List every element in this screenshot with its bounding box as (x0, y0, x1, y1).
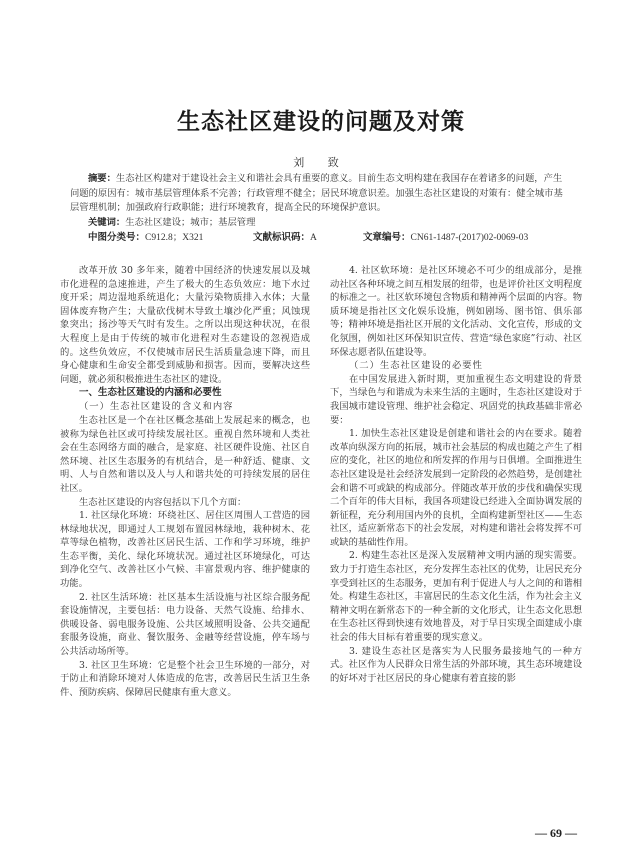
keywords: 关键词：生态社区建设；城市；基层管理 (70, 216, 570, 231)
doc-code-label: 文献标识码： (253, 232, 310, 243)
paragraph: 在中国发展进入新时期，更加重视生态文明建设的背景下，当绿色与和谐成为未来生活的主… (330, 373, 582, 427)
paragraph: 生态社区是一个在社区概念基础上发展起来的概念，也被称为绿色社区或可持续发展社区。… (60, 414, 310, 496)
subsection-heading-1: （一）生态社区建设的含义和内容 (60, 400, 310, 414)
clc-label: 中图分类号： (88, 232, 145, 243)
list-item-spiritual-civilization: 2. 构建生态社区是深入发展精神文明内涵的现实需要。致力于打造生态社区，充分发挥… (330, 549, 582, 644)
article-no-label: 文章编号： (363, 232, 411, 243)
keywords-label: 关键词： (88, 217, 125, 228)
right-column: 4. 社区软环境：是社区环境必不可少的组成部分，是推动社区各种环境之间互相发展的… (330, 264, 582, 685)
document-code: 文献标识码：A (253, 231, 363, 246)
abstract-text: 生态社区构建对于建设社会主义和谐社会具有重要的意义。目前生态文明构建在我国存在着… (70, 173, 563, 213)
article-no-value: CN61-1487-(2017)02-0069-03 (411, 233, 529, 243)
abstract: 摘要：生态社区构建对于建设社会主义和谐社会具有重要的意义。目前生态文明构建在我国… (70, 172, 570, 216)
subsection-heading-2: （二）生态社区建设的必要性 (330, 359, 582, 373)
list-item-green-environment: 1. 社区绿化环境：环绕社区、居住区周围人工营造的园林绿地状况，即通过人工规划布… (60, 509, 310, 591)
list-item-serve-people: 3. 建设生态社区是落实为人民服务最接地气的一种方式。社区作为人民群众日常生活的… (330, 645, 582, 686)
intro-paragraph: 改革开放 30 多年来，随着中国经济的快速发展以及城市化进程的急速推进，产生了极… (60, 264, 310, 386)
left-column: 改革开放 30 多年来，随着中国经济的快速发展以及城市化进程的急速推进，产生了极… (60, 264, 310, 699)
abstract-label: 摘要： (88, 173, 116, 184)
paragraph: 生态社区建设的内容包括以下几个方面： (60, 496, 310, 510)
doc-code-value: A (310, 233, 317, 243)
page-number: — 69 — (535, 826, 577, 841)
list-item-health-environment: 3. 社区卫生环境：它是整个社会卫生环境的一部分，对于防止和消除环境对人体造成的… (60, 659, 310, 700)
list-item-harmonious-society: 1. 加快生态社区建设是创建和谐社会的内在要求。随着改革向纵深方向的拓展，城市社… (330, 427, 582, 549)
abstract-block: 摘要：生态社区构建对于建设社会主义和谐社会具有重要的意义。目前生态文明构建在我国… (70, 172, 570, 246)
article-number: 文章编号：CN61-1487-(2017)02-0069-03 (363, 231, 528, 246)
author-name: 刘 致 (0, 154, 642, 170)
list-item-soft-environment: 4. 社区软环境：是社区环境必不可少的组成部分，是推动社区各种环境之间互相发展的… (330, 264, 582, 359)
clc-value: C912.8；X321 (145, 233, 203, 243)
classification-row: 中图分类号：C912.8；X321 文献标识码：A 文章编号：CN61-1487… (70, 231, 570, 246)
article-title: 生态社区建设的问题及对策 (0, 103, 642, 136)
clc-number: 中图分类号：C912.8；X321 (88, 231, 253, 246)
section-heading-1: 一、生态社区建设的内涵和必要性 (60, 386, 310, 400)
list-item-living-environment: 2. 社区生活环境：社区基本生活设施与社区综合服务配套设施情况，主要包括：电力设… (60, 591, 310, 659)
keywords-text: 生态社区建设；城市；基层管理 (125, 217, 255, 228)
